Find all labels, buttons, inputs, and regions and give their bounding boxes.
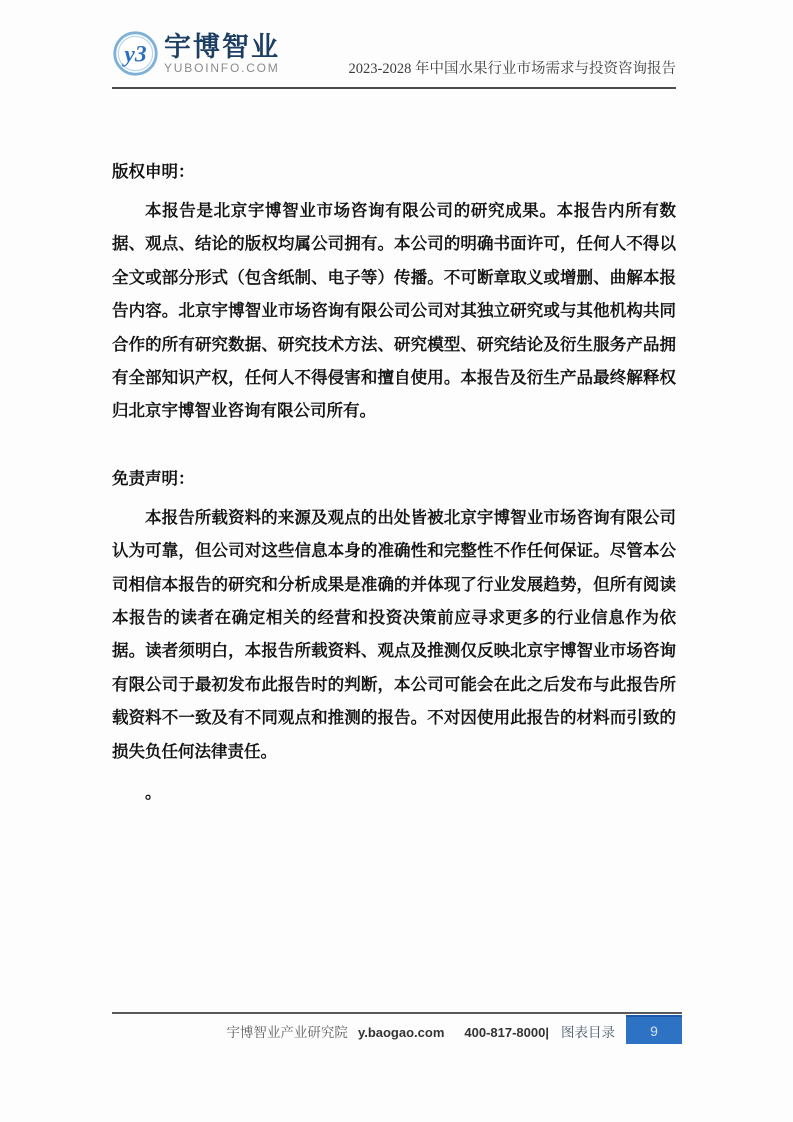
document-page: y3 宇博智业 YUBOINFO.COM 2023-2028 年中国水果行业市场… xyxy=(0,0,793,1122)
page-footer: 宇博智业产业研究院 y.baogao.com 400-817-8000| 图表目… xyxy=(112,1012,682,1044)
logo-text-block: 宇博智业 YUBOINFO.COM xyxy=(164,33,280,75)
disclaimer-heading: 免责声明： xyxy=(112,468,676,490)
copyright-paragraph: 本报告是北京宇博智业市场咨询有限公司的研究成果。本报告内所有数据、观点、结论的版… xyxy=(112,194,676,428)
page-header: y3 宇博智业 YUBOINFO.COM 2023-2028 年中国水果行业市场… xyxy=(112,28,676,89)
report-title: 2023-2028 年中国水果行业市场需求与投资咨询报告 xyxy=(349,57,676,78)
footer-site-url: y.baogao.com xyxy=(358,1025,444,1040)
logo-domain-text: YUBOINFO.COM xyxy=(164,62,280,75)
logo-company-name: 宇博智业 xyxy=(164,33,280,61)
page-content: 版权申明： 本报告是北京宇博智业市场咨询有限公司的研究成果。本报告内所有数据、观… xyxy=(112,89,676,820)
footer-org-name: 宇博智业产业研究院 xyxy=(226,1025,348,1040)
figures-directory-link[interactable]: 图表目录 xyxy=(561,1025,615,1040)
footer-row: 宇博智业产业研究院 y.baogao.com 400-817-8000| 图表目… xyxy=(112,1014,682,1044)
page-number-badge: 9 xyxy=(626,1015,682,1044)
footer-phone-number: 400-817-8000| xyxy=(464,1025,549,1040)
yubo-logo: y3 宇博智业 YUBOINFO.COM xyxy=(112,30,280,77)
stray-period: 。 xyxy=(112,779,676,803)
disclaimer-paragraph: 本报告所载资料的来源及观点的出处皆被北京宇博智业市场咨询有限公司认为可靠，但公司… xyxy=(112,501,676,768)
footer-text: 宇博智业产业研究院 y.baogao.com 400-817-8000| 图表目… xyxy=(226,1021,615,1042)
logo-monogram: y3 xyxy=(121,42,146,68)
copyright-heading: 版权申明： xyxy=(112,161,676,183)
yubo-monogram-circle-icon: y3 xyxy=(112,30,159,77)
